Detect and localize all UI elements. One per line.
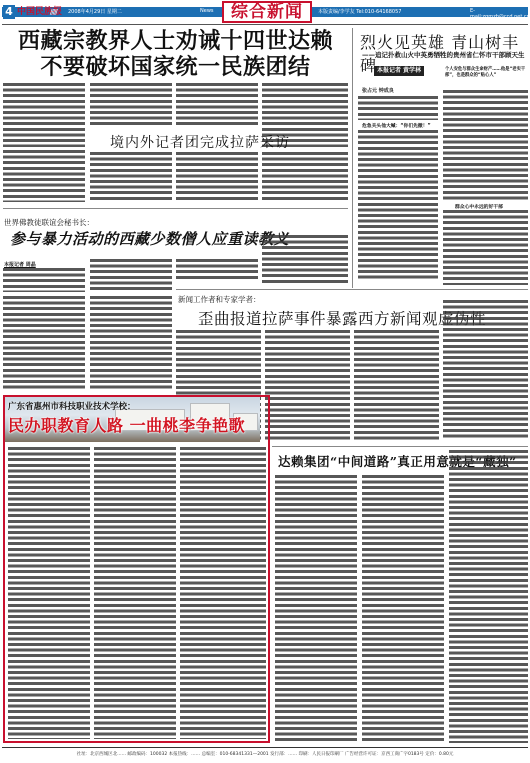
buddhist-kicker: 世界佛教徒联谊会秘书长： [4, 217, 94, 228]
column-divider [352, 28, 353, 288]
lead-body-col3: 新华社拉萨4月28日电（记者 张京品）西藏宗教界爱国人士对十四世达赖集团策划煽动… [176, 83, 258, 128]
lead-body-col2: 新华社拉萨4月28日电（记者 张京品）西藏宗教界爱国人士对十四世达赖集团策划煽动… [90, 83, 172, 128]
buddhist-byline: 本报记者 周晶 [4, 261, 36, 268]
dalai-group-body-col3: （上接1版）同时，达赖集团《西藏论坛》等出版物宣称“中间道路”只不过是实现“独立… [449, 450, 528, 743]
divider [176, 289, 528, 290]
editor-email: E-mail:zgmzb@ccd.net.cn [470, 8, 530, 20]
footer-info: 社址：北京西城区北…… 邮政编码：100032 本报热线：…… 总编室：010-… [0, 751, 530, 757]
hero-intro: 个人安危与群众生命财产……他是“老实干部”，也是群众的“贴心人” [445, 66, 529, 78]
hero-tag: 本报记者 黄学林 [374, 66, 424, 76]
western-media-body-col3: 一些西方媒体对拉萨“3·14”事件的歪曲报道，暴露了西方新闻观的虚伪性。新闻工作… [354, 330, 439, 440]
lead-headline-line2: 不要破坏国家统一民族团结 [8, 55, 343, 81]
editor-info: 本版责编/李学友 Tel:010-64168057 [318, 8, 401, 15]
decorative-slashes-icon: ///// [50, 8, 57, 16]
journalists-headline: 境内外记者团完成拉萨采访 [110, 132, 290, 152]
divider [3, 208, 348, 209]
school-body-col1: 作为广东省惠州市民办职教的一朵奇葩——惠州市科技职业技术学校，是一所经过市教育局… [8, 447, 90, 739]
page-number: 4 [3, 5, 15, 19]
masthead-rule [2, 24, 528, 25]
buddhist-body-col2b: 世界佛教徒联谊会秘书长帕洛普在接受记者采访时表示，参与暴力活动的西藏少数僧人应重… [90, 296, 172, 391]
western-media-kicker: 新闻工作者和专家学者： [178, 294, 261, 305]
masthead: 4 中国民族报 ///// 2008年4月29日 星期二 News 综合新闻 本… [0, 0, 530, 26]
school-body-col2: 作为广东省惠州市民办职教的一朵奇葩——惠州市科技职业技术学校，是一所经过市教育局… [94, 447, 176, 739]
school-body-col3: 作为广东省惠州市民办职教的一朵奇葩——惠州市科技职业技术学校，是一所经过市教育局… [180, 447, 266, 739]
western-media-body-col4: 一些西方媒体对拉萨“3·14”事件的歪曲报道，暴露了西方新闻观的虚伪性。新闻工作… [443, 300, 528, 440]
lead-headline: 西藏宗教界人士劝诫十四世达赖 不要破坏国家统一民族团结 [8, 29, 343, 81]
buddhist-body-col3: 世界佛教徒联谊会秘书长帕洛普在接受记者采访时表示，参与暴力活动的西藏少数僧人应重… [176, 259, 258, 281]
lead-headline-line1: 西藏宗教界人士劝诫十四世达赖 [8, 29, 343, 55]
hero-byline: 张占元 钟成良 [362, 87, 394, 94]
hero-subhead-2: 群众心中永远的好干部 [455, 203, 503, 210]
hero-subheadline: ——追记扑救山火中英勇牺牲的贵州省仁怀市干部顾天生 [362, 50, 530, 59]
divider [272, 446, 528, 447]
buddhist-body-col1: 世界佛教徒联谊会秘书长帕洛普在接受记者采访时表示，参与暴力活动的西藏少数僧人应重… [3, 268, 85, 292]
hero-body-col1a: 个人安危与群众生命财产……他是“老实干部”，也是群众的“贴心人” [358, 96, 438, 120]
school-kicker: 广东省惠州市科技职业技术学校： [8, 400, 136, 412]
section-title: 综合新闻 [222, 1, 312, 23]
footer-rule [2, 747, 528, 748]
buddhist-body-col2: 世界佛教徒联谊会秘书长帕洛普在接受记者采访时表示，参与暴力活动的西藏少数僧人应重… [90, 259, 172, 291]
school-headline: 民办职教育人路 一曲桃李争艳歌 [8, 413, 245, 436]
buddhist-body-col1b: 世界佛教徒联谊会秘书长帕洛普在接受记者采访时表示，参与暴力活动的西藏少数僧人应重… [3, 296, 85, 391]
buddhist-headline: 参与暴力活动的西藏少数僧人应重读教义 [10, 228, 289, 249]
journalists-body-col3: 新华社拉萨4月28日电（记者 赵新华）由国内外记者组成的采访团完成在拉萨的采访活… [262, 152, 348, 202]
dalai-group-body-col1: （上接1版）同时，达赖集团《西藏论坛》等出版物宣称“中间道路”只不过是实现“独立… [275, 475, 357, 743]
hero-subhead-1: 危急关头他大喊：“你们先撤！” [362, 122, 431, 129]
lead-body-col1b: 新华社拉萨4月28日电（记者 张京品）西藏宗教界爱国人士对十四世达赖集团策划煽动… [3, 150, 85, 202]
hero-body-col2a: 个人安危与群众生命财产……他是“老实干部”，也是群众的“贴心人” [443, 90, 528, 200]
hero-body-col2b: 个人安危与群众生命财产……他是“老实干部”，也是群众的“贴心人” [443, 210, 528, 285]
western-media-body-col2: 一些西方媒体对拉萨“3·14”事件的歪曲报道，暴露了西方新闻观的虚伪性。新闻工作… [265, 330, 350, 440]
buddhist-body-col4: 世界佛教徒联谊会秘书长帕洛普在接受记者采访时表示，参与暴力活动的西藏少数僧人应重… [262, 235, 348, 283]
journalists-body-col1: 新华社拉萨4月28日电（记者 赵新华）由国内外记者组成的采访团完成在拉萨的采访活… [90, 152, 172, 202]
news-label: News [200, 8, 214, 14]
dalai-group-body-col2: （上接1版）同时，达赖集团《西藏论坛》等出版物宣称“中间道路”只不过是实现“独立… [362, 475, 444, 743]
lead-body-col1: 新华社拉萨4月28日电（记者 张京品）西藏宗教界爱国人士对十四世达赖集团策划煽动… [3, 83, 85, 147]
hero-body-col1b: 个人安危与群众生命财产……他是“老实干部”，也是群众的“贴心人” [358, 130, 438, 280]
journalists-body-col2: 新华社拉萨4月28日电（记者 赵新华）由国内外记者组成的采访团完成在拉萨的采访活… [176, 152, 258, 202]
issue-date: 2008年4月29日 星期二 [68, 8, 122, 15]
